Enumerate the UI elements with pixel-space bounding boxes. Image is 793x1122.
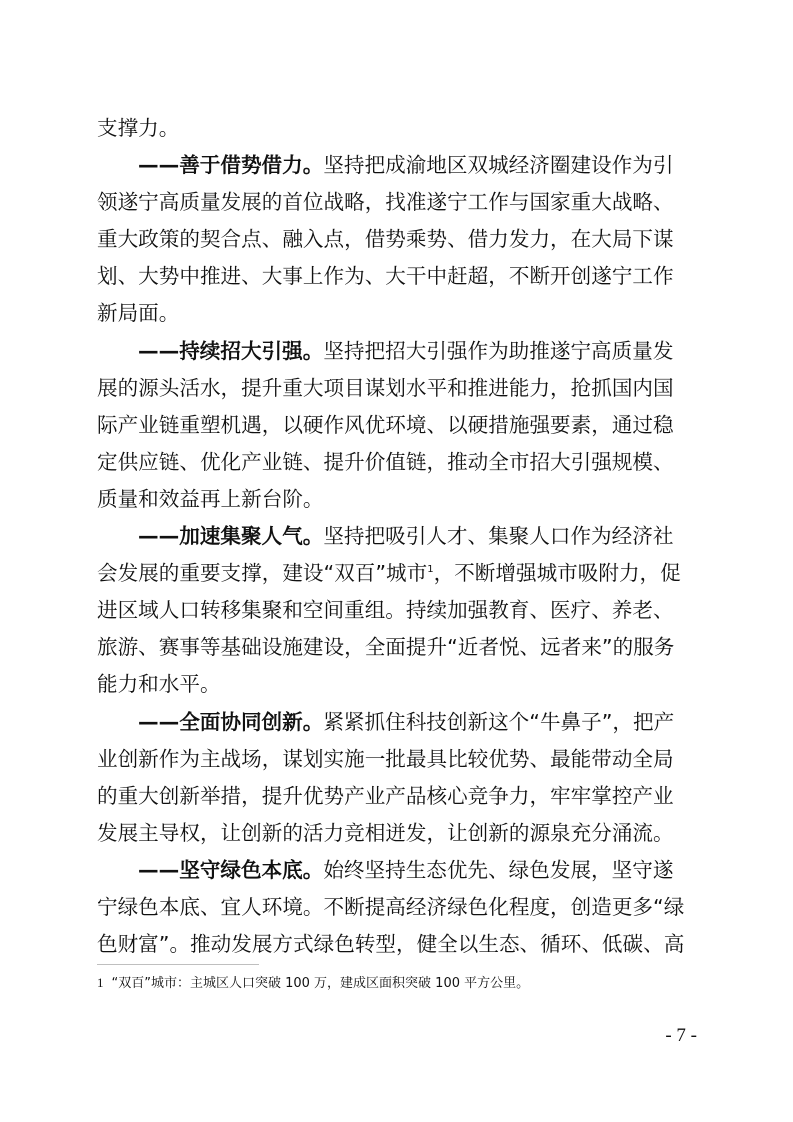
line-text: 坚持把招大引强作为助推遂宁高质量发 [323,339,673,363]
line-text: 展的源头活水，提升重大项目谋划水平和推进能力，抢抓国内国 [97,376,674,400]
text-line: 能力和水平。 [97,666,701,703]
line-text: 定供应链、优化产业链、提升价值链，推动全市招大引强规模、 [97,450,674,474]
text-line: 新局面。 [97,295,701,332]
text-line: 宁绿色本底、宜人环境。不断提高经济绿色化程度，创造更多“绿 [97,889,701,926]
text-line: 展的源头活水，提升重大项目谋划水平和推进能力，抢抓国内国 [97,370,701,407]
paragraph-heading-line: ——持续招大引强。坚持把招大引强作为助推遂宁高质量发 [97,333,701,370]
text-line: 发展主导权，让创新的活力竞相迸发，让创新的源泉充分涌流。 [97,815,701,852]
line-text: 支撑力。 [97,116,179,140]
line-text: 进区域人口转移集聚和空间重组。持续加强教育、医疗、养老、 [97,598,674,622]
line-text: 始终坚持生态优先、绿色发展，坚守遂 [323,858,673,882]
text-line: 际产业链重塑机遇，以硬作风优环境、以硬措施强要素，通过稳 [97,407,701,444]
document-body: 支撑力。 ——善于借势借力。坚持把成渝地区双城经济圈建设作为引 领遂宁高质量发展… [97,110,701,963]
section-lead: ——持续招大引强。 [138,339,323,363]
line-text: 划、大势中推进、大事上作为、大干中赶超，不断开创遂宁工作 [97,264,674,288]
line-text: 质量和效益再上新台阶。 [97,487,324,511]
text-line: 定供应链、优化产业链、提升价值链，推动全市招大引强规模、 [97,444,701,481]
line-text: 领遂宁高质量发展的首位战略，找准遂宁工作与国家重大战略、 [97,190,674,214]
text-line: 进区域人口转移集聚和空间重组。持续加强教育、医疗、养老、 [97,592,701,629]
paragraph-heading-line: ——坚守绿色本底。始终坚持生态优先、绿色发展，坚守遂 [97,852,701,889]
footnote: 1“双百”城市：主城区人口突破 100 万，建成区面积突破 100 平方公里。 [97,974,529,993]
text-line: 业创新作为主战场，谋划实施一批最具比较优势、最能带动全局 [97,741,701,778]
section-lead: ——坚守绿色本底。 [138,858,323,882]
line-text: 色财富”。推动发展方式绿色转型，健全以生态、循环、低碳、高 [97,932,684,956]
line-text: 旅游、赛事等基础设施建设，全面提升“近者悦、远者来”的服务 [97,635,674,659]
page-number: - 7 - [665,1025,697,1047]
footnote-separator [97,964,259,965]
text-line: 划、大势中推进、大事上作为、大干中赶超，不断开创遂宁工作 [97,258,701,295]
text-line: 会发展的重要支撑，建设“双百”城市1，不断增强城市吸附力，促 [97,555,701,592]
line-text: 重大政策的契合点、融入点，借势乘势、借力发力，在大局下谋 [97,227,674,251]
line-text: 会发展的重要支撑，建设“双百”城市 [97,561,427,585]
line-text: 坚持把成渝地区双城经济圈建设作为引 [323,153,673,177]
text-line: 色财富”。推动发展方式绿色转型，健全以生态、循环、低碳、高 [97,926,701,963]
footnote-text: “双百”城市：主城区人口突破 100 万，建成区面积突破 100 平方公里。 [112,976,530,991]
line-text: 业创新作为主战场，谋划实施一批最具比较优势、最能带动全局 [97,747,674,771]
line-text: 能力和水平。 [97,672,221,696]
line-text: 宁绿色本底、宜人环境。不断提高经济绿色化程度，创造更多“绿 [97,895,684,919]
footnote-number: 1 [97,975,104,990]
line-text: 发展主导权，让创新的活力竞相迸发，让创新的源泉充分涌流。 [97,821,674,845]
paragraph-heading-line: ——加速集聚人气。坚持把吸引人才、集聚人口作为经济社 [97,518,701,555]
text-line: 重大政策的契合点、融入点，借势乘势、借力发力，在大局下谋 [97,221,701,258]
paragraph-heading-line: ——全面协同创新。紧紧抓住科技创新这个“牛鼻子”，把产 [97,704,701,741]
line-text: 新局面。 [97,301,179,325]
line-text: 的重大创新举措，提升优势产业产品核心竞争力，牢牢掌控产业 [97,784,674,808]
paragraph-heading-line: ——善于借势借力。坚持把成渝地区双城经济圈建设作为引 [97,147,701,184]
line-text: 紧紧抓住科技创新这个“牛鼻子”，把产 [323,710,674,734]
line-text: ，不断增强城市吸附力，促 [434,561,681,585]
section-lead: ——加速集聚人气。 [138,524,323,548]
text-line: 的重大创新举措，提升优势产业产品核心竞争力，牢牢掌控产业 [97,778,701,815]
text-line: 旅游、赛事等基础设施建设，全面提升“近者悦、远者来”的服务 [97,629,701,666]
text-line: 支撑力。 [97,110,701,147]
line-text: 际产业链重塑机遇，以硬作风优环境、以硬措施强要素，通过稳 [97,413,674,437]
section-lead: ——全面协同创新。 [138,710,323,734]
text-line: 领遂宁高质量发展的首位战略，找准遂宁工作与国家重大战略、 [97,184,701,221]
text-line: 质量和效益再上新台阶。 [97,481,701,518]
section-lead: ——善于借势借力。 [138,153,323,177]
line-text: 坚持把吸引人才、集聚人口作为经济社 [323,524,673,548]
